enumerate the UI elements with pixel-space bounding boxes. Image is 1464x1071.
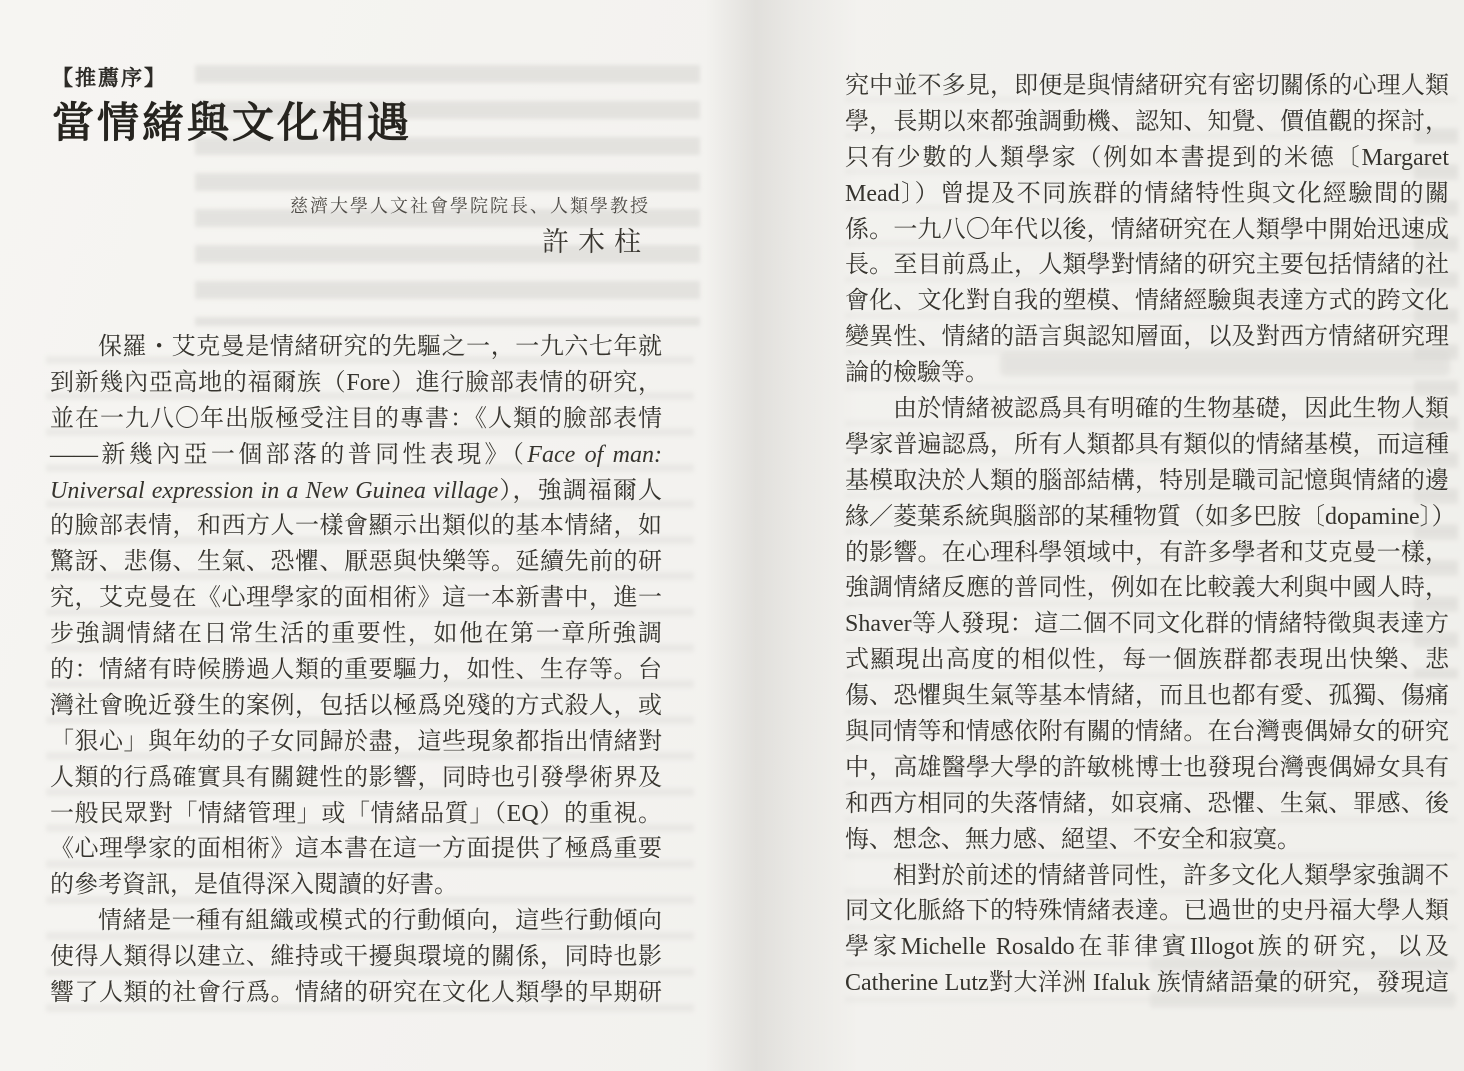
text-line: 使得人類得以建立、維持或干擾與環境的關係，同時也影 [50,940,662,976]
line-text: 只有少數的人類學家（例如本書提到的米德〔Margaret [845,145,1449,171]
line-text: 基模取決於人類的腦部結構，特別是職司記憶與情緒的邊 [845,468,1449,494]
italic-latin-text: Face of man: [527,442,662,468]
line-text: 傷、恐懼與生氣等基本情緒，而且也都有愛、孤獨、傷痛 [845,683,1449,709]
line-text: 和西方相同的失落情緒，如哀痛、恐懼、生氣、罪感、後 [845,791,1449,817]
text-line: 學家Michelle Rosaldo在菲律賓Illogot族的研究，以及 [845,930,1449,966]
line-text: 長。至目前爲止，人類學對情緒的研究主要包括情緒的社 [845,252,1449,278]
line-text: 使得人類得以建立、維持或干擾與環境的關係，同時也影 [50,944,662,970]
text-line: 式顯現出高度的相似性，每一個族群都表現出快樂、悲 [845,643,1449,679]
text-line: 緣／菱葉系統與腦部的某種物質（如多巴胺〔dopamine〕） [845,500,1449,536]
line-text: 一般民眾對「情緒管理」或「情緒品質」（EQ）的重視。 [50,801,662,827]
line-text: 的臉部表情，和西方人一樣會顯示出類似的基本情緒，如 [50,513,662,539]
line-text: ——新幾內亞一個部落的普同性表現》（ [50,442,527,468]
author-affiliation: 慈濟大學人文社會學院院長、人類學教授 [50,192,650,218]
text-line: 論的檢驗等。 [845,356,1449,392]
text-line: Universal expression in a New Guinea vil… [50,474,662,510]
text-line: 的參考資訊，是值得深入閱讀的好書。 [50,868,662,904]
book-spread: 【推薦序】 當情緒與文化相遇 慈濟大學人文社會學院院長、人類學教授 許木柱 保羅… [0,0,1464,1071]
line-text: 會化、文化對自我的塑模、情緒經驗與表達方式的跨文化 [845,288,1449,314]
line-text: 驚訝、悲傷、生氣、恐懼、厭惡與快樂等。延續先前的研 [50,549,662,575]
text-line: Shaver等人發現：這二個不同文化群的情緒特徵與表達方 [845,607,1449,643]
line-text: 究中並不多見，即便是與情緒研究有密切關係的心理人類 [845,73,1449,99]
left-page: 【推薦序】 當情緒與文化相遇 慈濟大學人文社會學院院長、人類學教授 許木柱 保羅… [0,0,735,1071]
line-text: 的影響。在心理科學領域中，有許多學者和艾克曼一樣， [845,540,1449,566]
line-text: 情緒是一種有組織或模式的行動傾向，這些行動傾向 [98,908,662,934]
italic-latin-text: Universal expression in a New Guinea vil… [50,478,498,504]
text-line: 《心理學家的面相術》這本書在這一方面提供了極爲重要 [50,832,662,868]
line-text: 論的檢驗等。 [845,360,989,386]
text-line: 學，長期以來都強調動機、認知、知覺、價值觀的探討， [845,105,1449,141]
line-text: Shaver等人發現：這二個不同文化群的情緒特徵與表達方 [845,611,1449,637]
right-page-body: 究中並不多見，即便是與情緒研究有密切關係的心理人類學，長期以來都強調動機、認知、… [845,69,1449,1002]
text-line: 悔、想念、無力感、絕望、不安全和寂寞。 [845,823,1449,859]
right-page: 究中並不多見，即便是與情緒研究有密切關係的心理人類學，長期以來都強調動機、認知、… [735,0,1464,1071]
text-line: 響了人類的社會行爲。情緒的研究在文化人類學的早期研 [50,976,662,1012]
line-text: 由於情緒被認爲具有明確的生物基礎，因此生物人類 [893,396,1449,422]
text-line: 的臉部表情，和西方人一樣會顯示出類似的基本情緒，如 [50,509,662,545]
text-line: 由於情緒被認爲具有明確的生物基礎，因此生物人類 [845,392,1449,428]
text-line: 的：情緒有時候勝過人類的重要驅力，如性、生存等。台 [50,653,662,689]
text-line: 係。一九八〇年代以後，情緒研究在人類學中開始迅速成 [845,213,1449,249]
line-text: 中，高雄醫學大學的許敏桃博士也發現台灣喪偶婦女具有 [845,755,1449,781]
line-text: 悔、想念、無力感、絕望、不安全和寂寞。 [845,827,1301,853]
line-text: Mead〕）曾提及不同族群的情緒特性與文化經驗間的關 [845,181,1449,207]
text-line: 相對於前述的情緒普同性，許多文化人類學家強調不 [845,859,1449,895]
line-text: 的：情緒有時候勝過人類的重要驅力，如性、生存等。台 [50,657,662,683]
line-text: 變異性、情緒的語言與認知層面，以及對西方情緒研究理 [845,324,1449,350]
text-line: ——新幾內亞一個部落的普同性表現》（Face of man: [50,438,662,474]
text-line: 與同情等和情感依附有關的情緒。在台灣喪偶婦女的研究 [845,715,1449,751]
author-name: 許木柱 [50,220,650,259]
text-line: 中，高雄醫學大學的許敏桃博士也發現台灣喪偶婦女具有 [845,751,1449,787]
text-line: 灣社會晚近發生的案例，包括以極爲兇殘的方式殺人，或 [50,689,662,725]
line-text: 的參考資訊，是值得深入閱讀的好書。 [50,872,458,898]
line-text: 相對於前述的情緒普同性，許多文化人類學家強調不 [893,863,1449,889]
text-line: 保羅・艾克曼是情緒研究的先驅之一，一九六七年就 [50,330,662,366]
text-line: 到新幾內亞高地的福爾族（Fore）進行臉部表情的研究， [50,366,662,402]
line-text: 究，艾克曼在《心理學家的面相術》這一本新書中，進一 [50,585,662,611]
line-text: 灣社會晚近發生的案例，包括以極爲兇殘的方式殺人，或 [50,693,662,719]
line-text: ），強調福爾人 [498,478,662,504]
text-line: 變異性、情緒的語言與認知層面，以及對西方情緒研究理 [845,320,1449,356]
text-line: 傷、恐懼與生氣等基本情緒，而且也都有愛、孤獨、傷痛 [845,679,1449,715]
text-line: 長。至目前爲止，人類學對情緒的研究主要包括情緒的社 [845,248,1449,284]
text-line: 究，艾克曼在《心理學家的面相術》這一本新書中，進一 [50,581,662,617]
text-line: 驚訝、悲傷、生氣、恐懼、厭惡與快樂等。延續先前的研 [50,545,662,581]
text-line: 情緒是一種有組織或模式的行動傾向，這些行動傾向 [50,904,662,940]
text-line: 「狠心」與年幼的子女同歸於盡，這些現象都指出情緒對 [50,725,662,761]
text-line: 同文化脈絡下的特殊情緒表達。已過世的史丹福大學人類 [845,894,1449,930]
line-text: Catherine Lutz對大洋洲 Ifaluk 族情緒語彙的研究，發現這 [845,970,1449,996]
line-text: 保羅・艾克曼是情緒研究的先驅之一，一九六七年就 [98,334,662,360]
line-text: 步強調情緒在日常生活的重要性，如他在第一章所強調 [50,621,662,647]
line-text: 係。一九八〇年代以後，情緒研究在人類學中開始迅速成 [845,217,1449,243]
text-line: 學家普遍認爲，所有人類都具有類似的情緒基模，而這種 [845,428,1449,464]
line-text: 學家普遍認爲，所有人類都具有類似的情緒基模，而這種 [845,432,1449,458]
line-text: 式顯現出高度的相似性，每一個族群都表現出快樂、悲 [845,647,1449,673]
text-line: 人類的行爲確實具有關鍵性的影響，同時也引發學術界及 [50,761,662,797]
line-text: 學家Michelle Rosaldo在菲律賓Illogot族的研究，以及 [845,934,1449,960]
text-line: 的影響。在心理科學領域中，有許多學者和艾克曼一樣， [845,536,1449,572]
line-text: 緣／菱葉系統與腦部的某種物質（如多巴胺〔dopamine〕） [845,504,1456,530]
text-line: 和西方相同的失落情緒，如哀痛、恐懼、生氣、罪感、後 [845,787,1449,823]
line-text: 強調情緒反應的普同性，例如在比較義大利與中國人時， [845,575,1449,601]
text-line: Mead〕）曾提及不同族群的情緒特性與文化經驗間的關 [845,177,1449,213]
page-title: 當情緒與文化相遇 [52,90,412,150]
text-line: 步強調情緒在日常生活的重要性，如他在第一章所強調 [50,617,662,653]
line-text: 《心理學家的面相術》這本書在這一方面提供了極爲重要 [50,836,662,862]
line-text: 同文化脈絡下的特殊情緒表達。已過世的史丹福大學人類 [845,898,1449,924]
text-line: Catherine Lutz對大洋洲 Ifaluk 族情緒語彙的研究，發現這 [845,966,1449,1002]
text-line: 一般民眾對「情緒管理」或「情緒品質」（EQ）的重視。 [50,797,662,833]
line-text: 並在一九八〇年出版極受注目的專書：《人類的臉部表情 [50,406,662,432]
text-line: 並在一九八〇年出版極受注目的專書：《人類的臉部表情 [50,402,662,438]
section-label: 【推薦序】 [52,62,167,92]
line-text: 到新幾內亞高地的福爾族（Fore）進行臉部表情的研究， [50,370,662,396]
text-line: 基模取決於人類的腦部結構，特別是職司記憶與情緒的邊 [845,464,1449,500]
text-line: 會化、文化對自我的塑模、情緒經驗與表達方式的跨文化 [845,284,1449,320]
line-text: 學，長期以來都強調動機、認知、知覺、價值觀的探討， [845,109,1449,135]
line-text: 人類的行爲確實具有關鍵性的影響，同時也引發學術界及 [50,765,662,791]
line-text: 「狠心」與年幼的子女同歸於盡，這些現象都指出情緒對 [50,729,662,755]
text-line: 只有少數的人類學家（例如本書提到的米德〔Margaret [845,141,1449,177]
text-line: 究中並不多見，即便是與情緒研究有密切關係的心理人類 [845,69,1449,105]
line-text: 與同情等和情感依附有關的情緒。在台灣喪偶婦女的研究 [845,719,1449,745]
line-text: 響了人類的社會行爲。情緒的研究在文化人類學的早期研 [50,980,662,1006]
text-line: 強調情緒反應的普同性，例如在比較義大利與中國人時， [845,571,1449,607]
left-page-body: 保羅・艾克曼是情緒研究的先驅之一，一九六七年就到新幾內亞高地的福爾族（Fore）… [50,330,662,1012]
